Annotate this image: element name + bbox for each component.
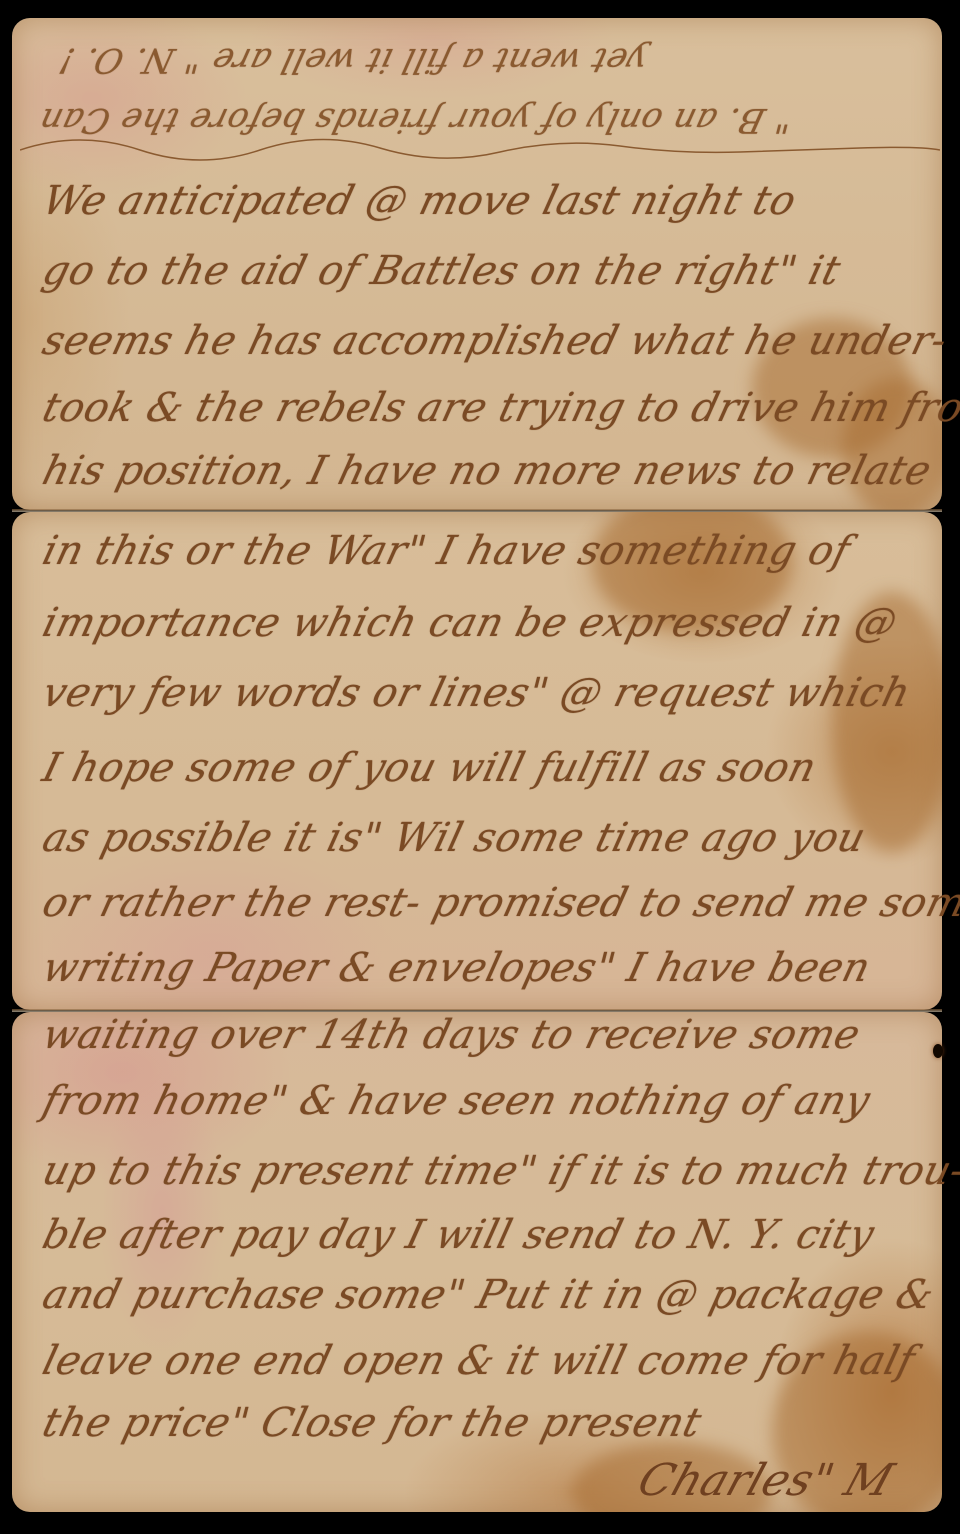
letter-line: took & the rebels are trying to drive hi… [38,385,960,431]
letter-line: I hope some of you will fulfill as soon [38,745,821,791]
letter-line: from home" & have seen nothing of any [38,1078,875,1124]
letter-line: waiting over 14th days to receive some [38,1012,865,1058]
letter-line: in this or the War" I have something of [38,528,855,574]
inverted-header-line: " B. an only of your friends before the … [35,100,797,140]
signature: Charles" M [632,1455,900,1506]
letter-line: very few words or lines" @ request which [38,670,915,716]
letter-line: as possible it is" Wil some time ago you [38,815,870,861]
letter-line: his position, I have no more news to rel… [38,448,936,494]
letter-line: seems he has accomplished what he under- [38,318,952,364]
letter-line: leave one end open & it will come for ha… [38,1338,920,1384]
letter-line: We anticipated @ move last night to [38,178,801,224]
letter-line: go to the aid of Battles on the right" i… [38,248,845,294]
punch-hole [933,1044,943,1058]
letter-line: writing Paper & envelopes" I have been [38,945,875,991]
letter-line: and purchase some" Put it in @ package & [38,1272,939,1318]
letter-line: up to this present time" if it is to muc… [38,1148,960,1194]
letter-line: the price" Close for the present [38,1400,706,1446]
letter-line: importance which can be expressed in @ [38,600,902,646]
inverted-header-line: yet went a fill it well are " N. O. ! [55,40,651,80]
letter-line: ble after pay day I will send to N. Y. c… [38,1212,879,1258]
letter-line: or rather the rest- promised to send me … [38,880,960,926]
